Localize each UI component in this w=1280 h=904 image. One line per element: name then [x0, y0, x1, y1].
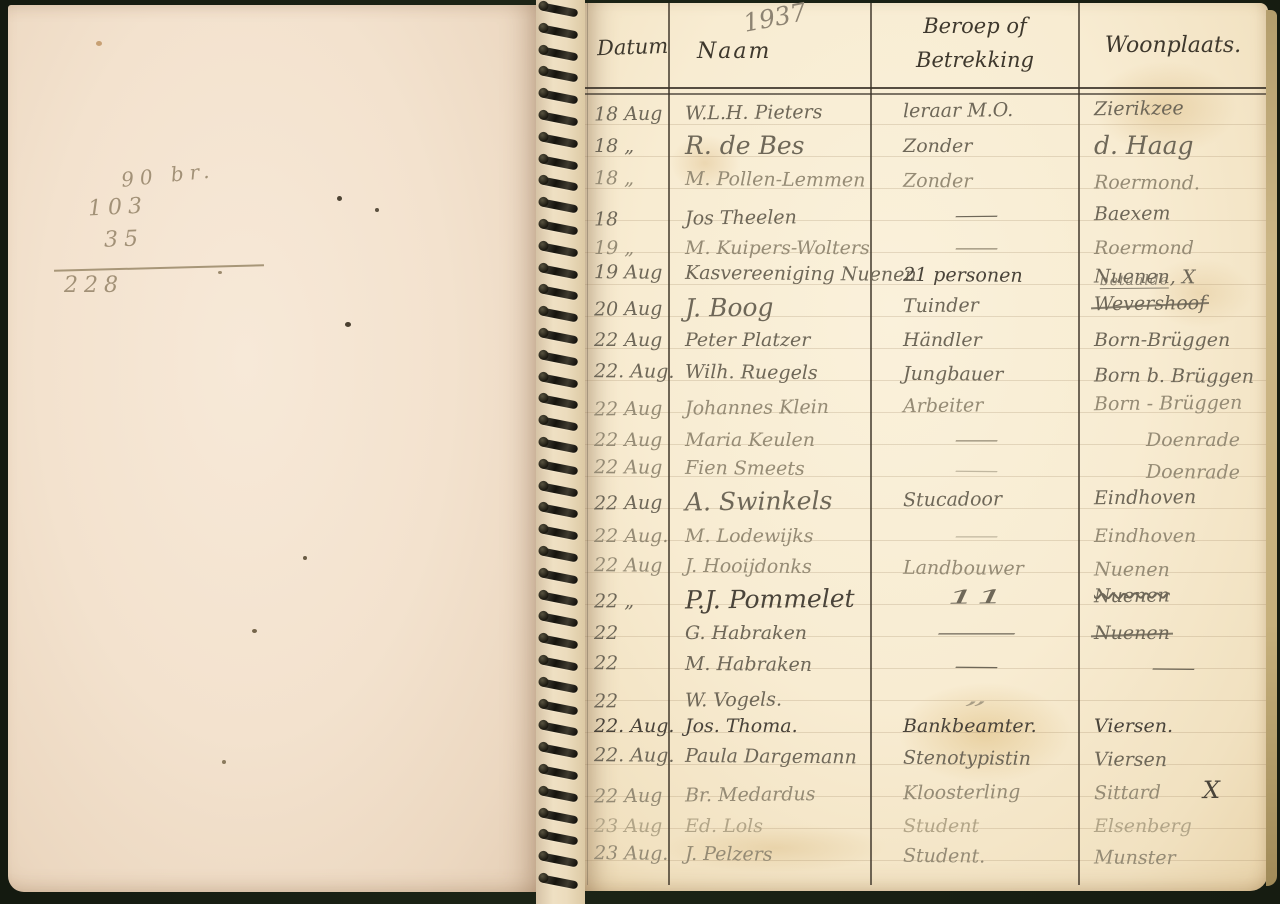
handwriting-text: M. Lodewijks [685, 525, 814, 547]
cell-beroep: Landbouwer [877, 553, 1101, 585]
spiral-wire-loop [541, 3, 579, 18]
cell-datum: 19 Aug [590, 257, 672, 288]
handwriting-text: Maria Keulen [685, 429, 815, 451]
cell-datum: 18 „ [590, 131, 672, 161]
cell-naam: P.J. Pommelet [673, 583, 885, 615]
spiral-wire-loop [541, 68, 579, 83]
spiral-wire-loop [541, 199, 579, 214]
cell-naam: M. Habraken [673, 649, 885, 681]
cell-datum: 23 Aug [590, 811, 672, 841]
cell-datum: 22 Aug [590, 394, 672, 425]
page-stack-edge [1266, 10, 1277, 886]
handwriting-text: 20 Aug [594, 298, 663, 321]
spiral-wire-loop [541, 221, 579, 236]
spiral-wire-loop [541, 177, 579, 192]
handwriting-text: 22 Aug [594, 554, 663, 577]
handwriting-text: leraar M.O. [903, 99, 1013, 122]
handwriting-text: Munster [1094, 846, 1176, 869]
cell-naam: Ed. Lols [673, 811, 885, 841]
cell-naam: Peter Platzer [673, 325, 885, 355]
handwriting-text: M. Pollen-Lemmen [685, 168, 866, 192]
handwriting-text: J. Hooijdonks [685, 555, 812, 578]
spiral-wire-loop [541, 155, 579, 170]
handwriting-text: Jos Theelen [685, 206, 797, 229]
cell-datum: 20 Aug [590, 294, 672, 325]
handwriting-text: 22 Aug. [594, 525, 668, 547]
cell-woonplaats: Born-Brüggen [1082, 325, 1276, 355]
spiral-wire-loop [541, 744, 579, 759]
spiral-wire-loop [541, 373, 579, 388]
handwriting-text: M. Habraken [685, 653, 812, 676]
spiral-wire-loop [541, 133, 579, 148]
spiral-wire-loop [541, 460, 579, 475]
handwriting-text: 11 [947, 582, 1005, 613]
handwriting-text: Jos. Thoma. [685, 715, 798, 737]
table-row: 22 Aug Johannes Klein Arbeiter Born - Br… [585, 387, 1268, 424]
spiral-wire-loop [541, 46, 579, 61]
table-row: 22 Aug Maria Keulen — Doenrade [585, 425, 1268, 455]
handwriting-text: Kloosterling [903, 781, 1021, 804]
handwriting-text: „ [964, 682, 988, 712]
cell-beroep: Zonder [877, 166, 1101, 198]
cell-datum: 22 [590, 648, 672, 679]
check-mark-x: X [1203, 776, 1220, 804]
cell-naam: Fien Smeets [673, 453, 885, 485]
cell-naam: R. de Bes [673, 131, 885, 161]
spiral-wire-loop [541, 787, 579, 802]
handwriting-text: Jungbauer [903, 363, 1004, 386]
handwriting-text: Paula Dargemann [685, 745, 857, 768]
handwriting-text: Student [903, 815, 979, 837]
handwriting-text: Ed. Lols [685, 815, 763, 837]
handwriting-text: Born - Brüggen [1094, 392, 1243, 416]
handwriting-text: — [953, 233, 999, 263]
handwriting-text: Nuenen [1094, 618, 1170, 648]
handwriting-text: Nuenen [1094, 584, 1170, 607]
handwriting-text: — [953, 200, 999, 230]
handwriting-text: Händler [903, 329, 982, 351]
right-page: Datum 1937 Naam Beroep of Betrekking Woo… [585, 3, 1268, 891]
cell-woonplaats: Eindhoven [1082, 521, 1276, 551]
cell-beroep: Student [877, 811, 1101, 841]
spiral-wire-loop [541, 635, 579, 650]
cell-woonplaats: Elsenberg [1082, 811, 1276, 841]
spiral-wire-loop [541, 330, 579, 345]
cell-datum: 18 „ [590, 163, 672, 194]
spiral-wire-loop [541, 678, 579, 693]
cell-naam: Jos. Thoma. [673, 711, 885, 741]
handwriting-text: R. de Bes [685, 131, 804, 160]
handwriting-text: Doenrade [1146, 429, 1240, 451]
handwriting-text: G. Habraken [685, 622, 807, 644]
spiral-wire-loop [541, 700, 579, 715]
handwriting-text: — [953, 455, 999, 485]
handwriting-text: 22 Aug [594, 329, 662, 351]
handwriting-text: Nuenen [1094, 558, 1170, 581]
table-row: 22 Aug. M. Lodewijks — Eindhoven [585, 521, 1268, 551]
spiral-wire-loop [541, 613, 579, 628]
spiral-wire-loop [541, 286, 579, 301]
handwriting-text: W. Vogels. [685, 689, 782, 712]
spiral-wire-loop [541, 351, 579, 366]
cell-woonplaats: Roermond. [1082, 167, 1276, 199]
handwriting-text: Br. Medardus [685, 783, 816, 806]
cell-beroep: — [877, 651, 1075, 683]
handwriting-text: — [1150, 653, 1196, 683]
cell-naam: J. Hooijdonks [673, 551, 885, 583]
cell-naam: Maria Keulen [673, 425, 885, 455]
handwriting-text: Wevershoof [1094, 288, 1206, 319]
handwriting-text: — [934, 618, 1018, 648]
table-row: 22. Aug. Paula Dargemann Stenotypistin V… [585, 740, 1268, 776]
cell-naam: Wilh. Ruegels [673, 357, 885, 389]
handwriting-text: J. Boog [685, 293, 774, 323]
cell-naam: Paula Dargemann [673, 741, 885, 773]
table-row: 22 G. Habraken — Nuenen [585, 618, 1268, 648]
spiral-wire-loop [541, 875, 579, 890]
handwriting-text: 22 Aug [594, 492, 663, 515]
cell-woonplaats [1082, 679, 1276, 711]
cell-naam: M. Pollen-Lemmen [673, 164, 885, 196]
cell-beroep: 11 [877, 581, 1075, 613]
table-row: 23 Aug. J. Pelzers Student. Munster [585, 838, 1268, 874]
cell-beroep: „ [877, 681, 1075, 713]
handwriting-text: J. Pelzers [685, 843, 773, 866]
handwriting-text: Wilh. Ruegels [685, 361, 818, 384]
cell-datum: 22 Aug [590, 488, 672, 519]
cell-woonplaats: Doenrade [1082, 425, 1280, 455]
handwriting-text: Fien Smeets [685, 457, 805, 480]
handwriting-text: 18 Aug [594, 103, 663, 126]
handwriting-text: 22. Aug. [594, 360, 675, 383]
spiral-wire-loop [541, 548, 579, 563]
cell-woonplaats: Born - Brüggen [1082, 387, 1276, 419]
table-row: 22. Aug. Wilh. Ruegels Jungbauer Born b.… [585, 356, 1268, 392]
table-row: 22 M. Habraken — — [585, 648, 1268, 684]
handwriting-text: Arbeiter [903, 394, 983, 417]
cell-beroep: 21 personen [877, 260, 1101, 292]
cell-naam: Br. Medardus [673, 778, 885, 810]
handwriting-text: Roermond [1094, 237, 1194, 259]
cell-naam: Johannes Klein [673, 391, 885, 423]
cell-datum: 22 Aug [590, 781, 672, 812]
cell-woonplaats: Nuenen [1082, 618, 1276, 648]
cell-datum: 18 Aug [590, 99, 672, 130]
cell-naam: Jos Theelen [673, 201, 885, 233]
handwriting-text: Born-Brüggen [1094, 329, 1230, 351]
cell-woonplaats: Viersen [1082, 744, 1276, 776]
cell-beroep: Student. [877, 841, 1101, 873]
handwriting-text: Viersen. [1094, 715, 1173, 737]
cell-beroep: Bankbeamter. [877, 711, 1101, 741]
handwriting-text: P.J. Pommelet [685, 584, 855, 615]
handwriting-text: 23 Aug [594, 815, 662, 837]
table-row: 23 Aug Ed. Lols Student Elsenberg [585, 811, 1268, 841]
cell-beroep: — [877, 455, 1075, 487]
handwriting-text: — [953, 651, 999, 681]
handwriting-text: Viersen [1094, 748, 1167, 771]
cell-naam: M. Lodewijks [673, 521, 885, 551]
cell-datum: 22. Aug. [590, 740, 672, 771]
cell-beroep: Jungbauer [877, 359, 1101, 391]
cell-naam: J. Boog [673, 291, 885, 323]
spiral-wire-loop [541, 722, 579, 737]
cell-woonplaats: Eindhoven [1082, 481, 1276, 513]
annotation-betaalde: betaalde [1100, 273, 1169, 289]
spiral-wire-loop [541, 308, 579, 323]
handwriting-text: 22 Aug [594, 429, 662, 451]
handwriting-text: Landbouwer [903, 557, 1024, 580]
handwriting-text: — [953, 425, 999, 455]
cell-woonplaats: Viersen. [1082, 711, 1276, 741]
spiral-wire-loop [541, 569, 579, 584]
cell-naam: W.L.H. Pieters [673, 96, 885, 128]
handwriting-text: Zonder [903, 135, 972, 157]
handwriting-text: Zonder [903, 170, 973, 193]
cell-naam: J. Pelzers [673, 839, 885, 871]
cell-beroep: — [877, 618, 1075, 648]
handwriting-text: d. Haag [1094, 131, 1194, 160]
cell-beroep: Händler [877, 325, 1101, 355]
handwriting-text: Sittard [1094, 782, 1161, 805]
handwriting-text: Baexem [1094, 202, 1171, 225]
handwriting-text: W.L.H. Pieters [685, 101, 823, 124]
table-row: 22 „ P.J. Pommelet 11 Nuenen [585, 579, 1268, 616]
spiral-wire-loop [541, 242, 579, 257]
handwriting-text: 23 Aug. [594, 842, 669, 865]
table-row: 18 Jos Theelen — Baexem [585, 197, 1268, 234]
cell-woonplaats: Wevershoofbetaalde [1082, 287, 1276, 319]
handwriting-text: 22. Aug. [594, 715, 674, 737]
spiral-wire-loop [541, 90, 579, 105]
handwriting-text: M. Kuipers-Wolters [685, 237, 870, 259]
spiral-wire-loop [541, 439, 579, 454]
cell-datum: 22 Aug [590, 550, 672, 581]
guestbook-rows: 18 Aug W.L.H. Pieters leraar M.O. Zierik… [585, 3, 1268, 891]
spiral-wire-loop [541, 417, 579, 432]
cell-woonplaats: Nuenen [1082, 579, 1276, 611]
cell-datum: 22 Aug [590, 425, 672, 455]
cell-beroep: — [877, 425, 1075, 455]
handwriting-text: 18 „ [594, 167, 634, 189]
cell-woonplaats: Munster [1082, 842, 1276, 874]
cell-woonplaats: Baexem [1082, 197, 1276, 229]
table-row: 22. Aug. Jos. Thoma. Bankbeamter. Vierse… [585, 711, 1268, 741]
cell-naam: Kasvereeniging Nuenen [673, 258, 885, 290]
spiral-wire-loop [541, 112, 579, 127]
cell-woonplaats: SittardX [1082, 774, 1276, 806]
handwriting-text: Eindhoven [1094, 486, 1196, 509]
cell-datum: 22 Aug [590, 325, 672, 355]
table-row: 18 „ R. de Bes Zonder d. Haag [585, 131, 1268, 161]
spiral-wire-loop [541, 809, 579, 824]
handwriting-text: 22 [594, 690, 618, 712]
cell-naam: A. Swinkels [673, 485, 885, 517]
table-row: 22 Aug Br. Medardus Kloosterling Sittard… [585, 774, 1268, 811]
handwriting-text: Zierikzee [1094, 97, 1184, 120]
cell-datum: 22 Aug [590, 452, 672, 483]
spiral-wire-loop [541, 766, 579, 781]
cell-datum: 22 Aug. [590, 521, 672, 551]
cell-beroep: — [877, 521, 1075, 551]
handwriting-text: Stucadoor [903, 488, 1002, 511]
cell-beroep: Zonder [877, 131, 1101, 161]
cell-woonplaats: d. Haag [1082, 131, 1276, 161]
handwriting-text: Stenotypistin [903, 747, 1031, 770]
handwriting-text: Roermond. [1094, 171, 1200, 194]
handwriting-text: Doenrade [1146, 461, 1240, 484]
cell-datum: 22 [590, 618, 672, 648]
handwriting-text: 18 [594, 208, 618, 230]
handwriting-text: Born b. Brüggen [1094, 364, 1254, 387]
handwriting-text: Johannes Klein [685, 396, 829, 420]
spiral-wire-loop [541, 482, 579, 497]
handwriting-text: A. Swinkels [685, 486, 833, 517]
handwriting-text: 21 personen [903, 264, 1023, 287]
cell-beroep: Stucadoor [877, 483, 1101, 515]
cell-beroep: — [877, 233, 1075, 263]
table-row: 18 Aug W.L.H. Pieters leraar M.O. Zierik… [585, 92, 1268, 129]
table-row: 22 Aug Peter Platzer Händler Born-Brügge… [585, 325, 1268, 355]
handwriting-text: 22 [594, 622, 618, 644]
spiral-wire-loop [541, 264, 579, 279]
spiral-wire-loop [541, 657, 579, 672]
cell-datum: 22. Aug. [590, 356, 672, 387]
spiral-wire-loop [541, 853, 579, 868]
table-row: 18 „ M. Pollen-Lemmen Zonder Roermond. [585, 163, 1268, 199]
cell-woonplaats: Roermond [1082, 233, 1276, 263]
spiral-wire-loop [541, 24, 579, 39]
cell-datum: 22. Aug. [590, 711, 672, 741]
handwriting-text: 22 Aug [594, 398, 663, 421]
cell-naam: G. Habraken [673, 618, 885, 648]
table-row: 20 Aug J. Boog Tuinder Wevershoofbetaald… [585, 287, 1268, 324]
handwriting-text: Eindhoven [1094, 525, 1196, 547]
handwriting-text: 18 „ [594, 135, 634, 157]
handwriting-text: 19 Aug [594, 261, 663, 284]
cell-datum: 22 „ [590, 586, 672, 617]
spiral-wire-loop [541, 831, 579, 846]
handwriting-text: — [953, 521, 999, 551]
table-row: 22 Aug A. Swinkels Stucadoor Eindhoven [585, 481, 1268, 518]
handwriting-text: Bankbeamter. [903, 715, 1037, 737]
spiral-wire-loop [541, 526, 579, 541]
handwriting-text: Elsenberg [1094, 815, 1192, 837]
cell-beroep: Arbeiter [877, 389, 1101, 421]
spiral-wire-loop [541, 591, 579, 606]
cell-datum: 23 Aug. [590, 838, 672, 869]
handwriting-text: 22 Aug [594, 785, 663, 808]
cell-datum: 18 [590, 204, 672, 235]
handwriting-text: 22 Aug [594, 456, 663, 479]
handwriting-text: 22. Aug. [594, 744, 675, 767]
notebook-scan: 90 br. 103 35 228 Datum 1937 Naam Ber [0, 0, 1280, 904]
handwriting-text: Peter Platzer [685, 329, 810, 351]
handwriting-text: Tuinder [903, 294, 979, 317]
handwriting-text: Student. [903, 845, 985, 868]
cell-beroep: Tuinder [877, 289, 1101, 321]
cell-beroep: leraar M.O. [877, 94, 1101, 126]
cell-beroep: Stenotypistin [877, 743, 1101, 775]
spiral-wire-loop [541, 395, 579, 410]
handwriting-text: 22 [594, 652, 618, 674]
cell-woonplaats: Zierikzee [1082, 92, 1276, 124]
cell-beroep: Kloosterling [877, 776, 1101, 808]
cell-beroep: — [877, 199, 1075, 231]
handwriting-text: 19 „ [594, 237, 634, 259]
spiral-wire-loop [541, 504, 579, 519]
handwriting-text: 22 „ [594, 590, 634, 612]
